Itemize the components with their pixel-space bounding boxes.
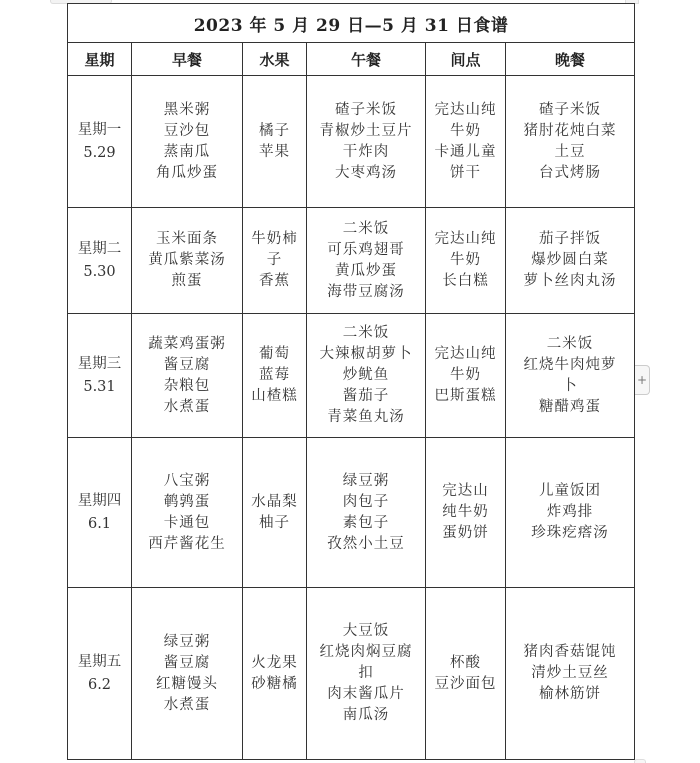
- weekday-label: 星期一: [68, 119, 131, 142]
- menu-item: 干炸肉: [307, 142, 425, 163]
- weekday-label: 星期五: [68, 651, 131, 674]
- menu-item: 茄子拌饭: [506, 229, 634, 250]
- menu-item: 牛奶: [426, 365, 505, 386]
- day-cell: 星期三5.31: [68, 314, 132, 438]
- resize-handle[interactable]: [634, 759, 646, 763]
- snack-cell: 完达山纯牛奶巴斯蛋糕: [426, 314, 506, 438]
- menu-item: 鹌鹑蛋: [132, 492, 242, 513]
- fruit-cell: 水晶梨柚子: [243, 438, 307, 588]
- menu-item: 榆林筋饼: [506, 684, 634, 705]
- menu-item: 肉末酱瓜片: [307, 684, 425, 705]
- header-snack: 间点: [426, 43, 506, 76]
- lunch-cell: 绿豆粥肉包子素包子孜然小土豆: [307, 438, 426, 588]
- menu-item: 二米饭: [307, 323, 425, 344]
- menu-item: 黑米粥: [132, 100, 242, 121]
- menu-item: 牛奶柿: [243, 229, 306, 250]
- menu-item: 橘子: [243, 121, 306, 142]
- menu-item: 酱豆腐: [132, 355, 242, 376]
- menu-item: 卜: [506, 376, 634, 397]
- menu-item: 海带豆腐汤: [307, 282, 425, 303]
- fruit-cell: 葡萄蓝莓山楂糕: [243, 314, 307, 438]
- header-row: 星期 早餐 水果 午餐 间点 晚餐: [68, 43, 635, 76]
- menu-item: 碴子米饭: [506, 100, 634, 121]
- menu-item: 牛奶: [426, 250, 505, 271]
- menu-item: 糖醋鸡蛋: [506, 397, 634, 418]
- menu-item: 水晶梨: [243, 492, 306, 513]
- header-day: 星期: [68, 43, 132, 76]
- menu-item: 牛奶: [426, 121, 505, 142]
- menu-item: 纯牛奶: [426, 502, 505, 523]
- header-dinner: 晚餐: [506, 43, 635, 76]
- menu-item: 南瓜汤: [307, 705, 425, 726]
- table-row: 星期一5.29黑米粥豆沙包蒸南瓜角瓜炒蛋橘子苹果碴子米饭青椒炒土豆片干炸肉大枣鸡…: [68, 76, 635, 208]
- menu-item: 杯酸: [426, 653, 505, 674]
- menu-item: 砂糖橘: [243, 674, 306, 695]
- menu-item: 红烧肉焖豆腐: [307, 642, 425, 663]
- menu-item: 炒鱿鱼: [307, 365, 425, 386]
- menu-item: 猪肘花炖白菜: [506, 121, 634, 142]
- lunch-cell: 碴子米饭青椒炒土豆片干炸肉大枣鸡汤: [307, 76, 426, 208]
- menu-item: 黄瓜紫菜汤: [132, 250, 242, 271]
- date-label: 6.1: [68, 513, 131, 536]
- snack-cell: 完达山纯牛奶卡通儿童饼干: [426, 76, 506, 208]
- menu-item: 西芹酱花生: [132, 534, 242, 555]
- menu-item: 红烧牛肉炖萝: [506, 355, 634, 376]
- menu-item: 绿豆粥: [132, 632, 242, 653]
- fruit-cell: 橘子苹果: [243, 76, 307, 208]
- dinner-cell: 猪肉香菇馄饨清炒土豆丝榆林筋饼: [506, 588, 635, 760]
- dinner-cell: 儿童饭团炸鸡排珍珠疙瘩汤: [506, 438, 635, 588]
- lunch-cell: 二米饭大辣椒胡萝卜炒鱿鱼酱茄子青菜鱼丸汤: [307, 314, 426, 438]
- day-cell: 星期二5.30: [68, 208, 132, 314]
- menu-item: 土豆: [506, 142, 634, 163]
- menu-item: 扣: [307, 663, 425, 684]
- breakfast-cell: 蔬菜鸡蛋粥酱豆腐杂粮包水煮蛋: [132, 314, 243, 438]
- add-column-button[interactable]: +: [635, 365, 650, 395]
- menu-item: 大枣鸡汤: [307, 163, 425, 184]
- menu-item: 台式烤肠: [506, 163, 634, 184]
- menu-item: 二米饭: [506, 334, 634, 355]
- menu-item: 长白糕: [426, 271, 505, 292]
- menu-item: 猪肉香菇馄饨: [506, 642, 634, 663]
- menu-item: 煎蛋: [132, 271, 242, 292]
- menu-item: 红糖馒头: [132, 674, 242, 695]
- menu-item: 可乐鸡翅哥: [307, 240, 425, 261]
- menu-item: 蛋奶饼: [426, 523, 505, 544]
- lunch-cell: 二米饭可乐鸡翅哥黄瓜炒蛋海带豆腐汤: [307, 208, 426, 314]
- weekday-label: 星期二: [68, 238, 131, 261]
- header-fruit: 水果: [243, 43, 307, 76]
- table-row: 星期五6.2绿豆粥酱豆腐红糖馒头水煮蛋火龙果砂糖橘大豆饭红烧肉焖豆腐扣肉末酱瓜片…: [68, 588, 635, 760]
- menu-item: 儿童饭团: [506, 481, 634, 502]
- menu-item: 豆沙面包: [426, 674, 505, 695]
- menu-item: 蒸南瓜: [132, 142, 242, 163]
- breakfast-cell: 黑米粥豆沙包蒸南瓜角瓜炒蛋: [132, 76, 243, 208]
- table-title: 2023 年 5 月 29 日—5 月 31 日食谱: [68, 4, 635, 43]
- date-label: 5.29: [68, 142, 131, 165]
- date-label: 6.2: [68, 674, 131, 697]
- breakfast-cell: 绿豆粥酱豆腐红糖馒头水煮蛋: [132, 588, 243, 760]
- menu-item: 萝卜丝肉丸汤: [506, 271, 634, 292]
- menu-item: 清炒土豆丝: [506, 663, 634, 684]
- menu-item: 子: [243, 250, 306, 271]
- menu-item: 巴斯蛋糕: [426, 386, 505, 407]
- snack-cell: 完达山纯牛奶长白糕: [426, 208, 506, 314]
- menu-item: 大豆饭: [307, 621, 425, 642]
- menu-item: 绿豆粥: [307, 471, 425, 492]
- menu-item: 饼干: [426, 163, 505, 184]
- menu-item: 孜然小土豆: [307, 534, 425, 555]
- breakfast-cell: 玉米面条黄瓜紫菜汤煎蛋: [132, 208, 243, 314]
- header-lunch: 午餐: [307, 43, 426, 76]
- menu-item: 酱豆腐: [132, 653, 242, 674]
- breakfast-cell: 八宝粥鹌鹑蛋卡通包西芹酱花生: [132, 438, 243, 588]
- table-row: 星期四6.1八宝粥鹌鹑蛋卡通包西芹酱花生水晶梨柚子绿豆粥肉包子素包子孜然小土豆完…: [68, 438, 635, 588]
- dinner-cell: 二米饭红烧牛肉炖萝卜糖醋鸡蛋: [506, 314, 635, 438]
- menu-item: 香蕉: [243, 271, 306, 292]
- menu-item: 水煮蛋: [132, 397, 242, 418]
- day-cell: 星期一5.29: [68, 76, 132, 208]
- menu-item: 杂粮包: [132, 376, 242, 397]
- menu-item: 青椒炒土豆片: [307, 121, 425, 142]
- date-label: 5.30: [68, 261, 131, 284]
- weekday-label: 星期四: [68, 490, 131, 513]
- menu-item: 火龙果: [243, 653, 306, 674]
- day-cell: 星期五6.2: [68, 588, 132, 760]
- snack-cell: 杯酸豆沙面包: [426, 588, 506, 760]
- menu-item: 爆炒圆白菜: [506, 250, 634, 271]
- menu-item: 完达山纯: [426, 344, 505, 365]
- menu-item: 玉米面条: [132, 229, 242, 250]
- menu-item: 完达山纯: [426, 229, 505, 250]
- fruit-cell: 火龙果砂糖橘: [243, 588, 307, 760]
- menu-table: 2023 年 5 月 29 日—5 月 31 日食谱 星期 早餐 水果 午餐 间…: [67, 3, 635, 760]
- day-cell: 星期四6.1: [68, 438, 132, 588]
- menu-item: 碴子米饭: [307, 100, 425, 121]
- menu-item: 珍珠疙瘩汤: [506, 523, 634, 544]
- menu-item: 大辣椒胡萝卜: [307, 344, 425, 365]
- menu-item: 八宝粥: [132, 471, 242, 492]
- menu-item: 黄瓜炒蛋: [307, 261, 425, 282]
- date-label: 5.31: [68, 376, 131, 399]
- menu-item: 葡萄: [243, 344, 306, 365]
- menu-item: 青菜鱼丸汤: [307, 407, 425, 428]
- menu-item: 蔬菜鸡蛋粥: [132, 334, 242, 355]
- menu-item: 素包子: [307, 513, 425, 534]
- menu-item: 豆沙包: [132, 121, 242, 142]
- snack-cell: 完达山纯牛奶蛋奶饼: [426, 438, 506, 588]
- dinner-cell: 茄子拌饭爆炒圆白菜萝卜丝肉丸汤: [506, 208, 635, 314]
- menu-item: 卡通包: [132, 513, 242, 534]
- menu-item: 柚子: [243, 513, 306, 534]
- menu-item: 卡通儿童: [426, 142, 505, 163]
- fruit-cell: 牛奶柿子香蕉: [243, 208, 307, 314]
- menu-item: 完达山: [426, 481, 505, 502]
- header-breakfast: 早餐: [132, 43, 243, 76]
- menu-item: 水煮蛋: [132, 695, 242, 716]
- lunch-cell: 大豆饭红烧肉焖豆腐扣肉末酱瓜片南瓜汤: [307, 588, 426, 760]
- weekday-label: 星期三: [68, 353, 131, 376]
- table-row: 星期三5.31蔬菜鸡蛋粥酱豆腐杂粮包水煮蛋葡萄蓝莓山楂糕二米饭大辣椒胡萝卜炒鱿鱼…: [68, 314, 635, 438]
- menu-item: 苹果: [243, 142, 306, 163]
- menu-item: 蓝莓: [243, 365, 306, 386]
- menu-item: 肉包子: [307, 492, 425, 513]
- menu-item: 酱茄子: [307, 386, 425, 407]
- dinner-cell: 碴子米饭猪肘花炖白菜土豆台式烤肠: [506, 76, 635, 208]
- menu-item: 山楂糕: [243, 386, 306, 407]
- table-row: 星期二5.30玉米面条黄瓜紫菜汤煎蛋牛奶柿子香蕉二米饭可乐鸡翅哥黄瓜炒蛋海带豆腐…: [68, 208, 635, 314]
- menu-item: 角瓜炒蛋: [132, 163, 242, 184]
- menu-item: 炸鸡排: [506, 502, 634, 523]
- menu-item: 完达山纯: [426, 100, 505, 121]
- menu-item: 二米饭: [307, 219, 425, 240]
